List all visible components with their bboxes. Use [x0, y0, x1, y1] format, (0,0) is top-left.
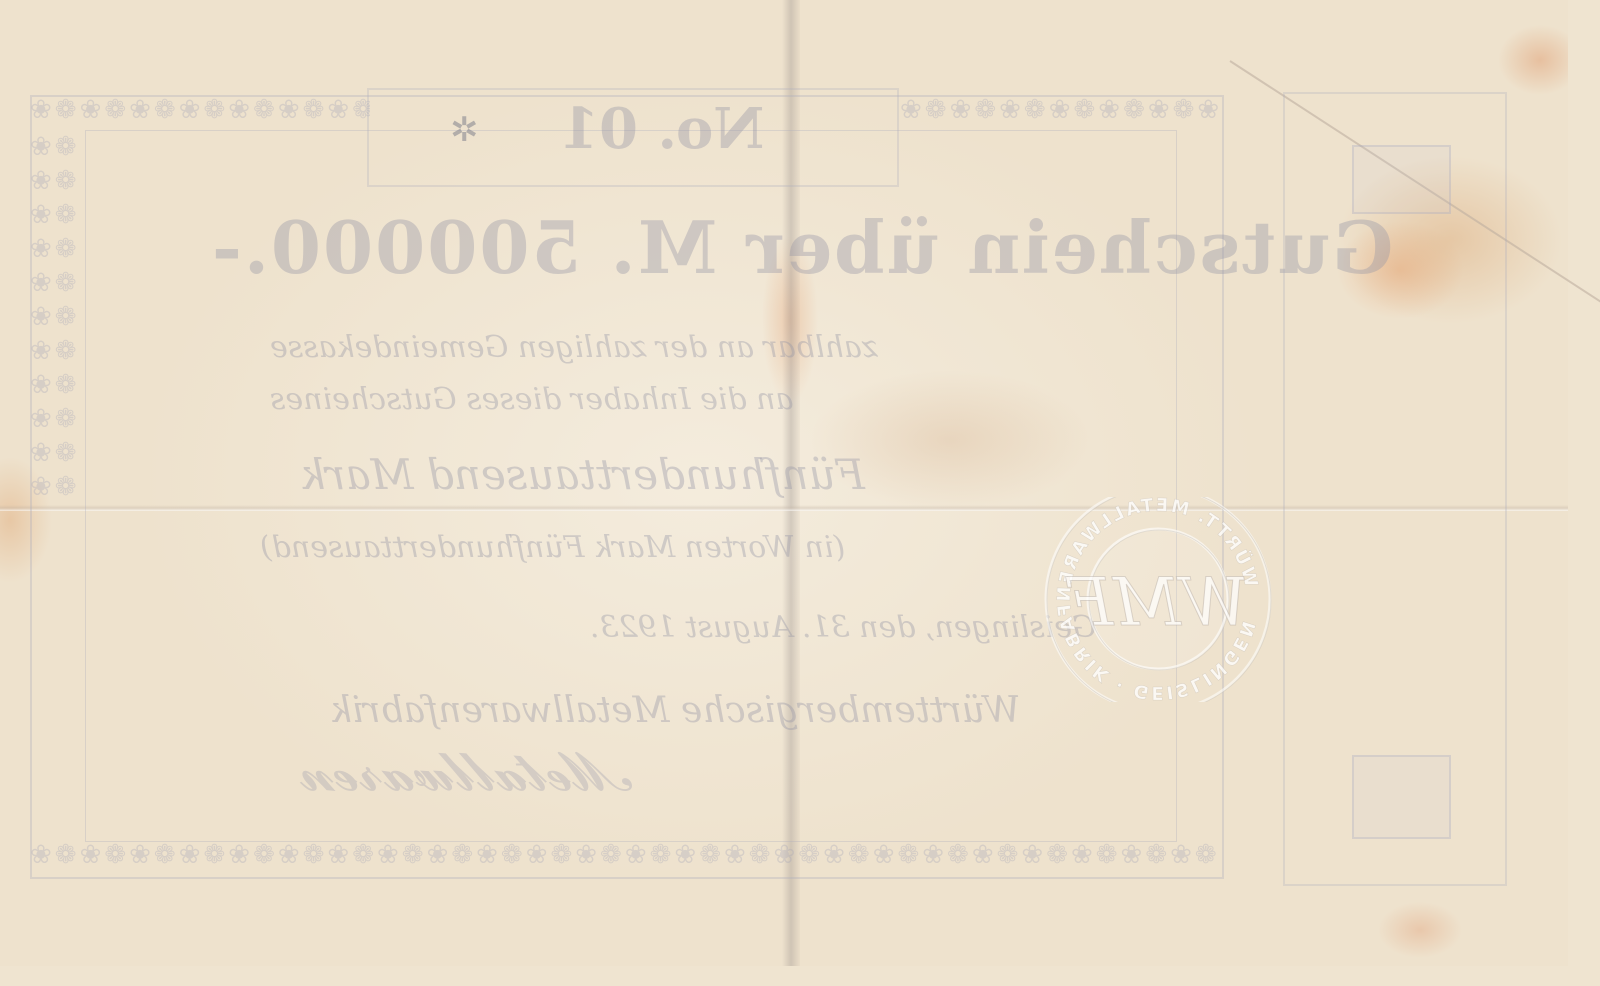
serial-label: No. — [657, 96, 764, 162]
text-line-2: an die Inhaber dieses Gutscheines — [270, 382, 793, 417]
border-ornament-left: ❀❁❀❁❀❁❀❁❀❁❀❁❀❁❀❁❀❁❀❁❀❁ — [30, 130, 80, 840]
side-panel-bottom-box — [1352, 755, 1451, 839]
border-ornament-bottom: ❀❁❀❁❀❁❀❁❀❁❀❁❀❁❀❁❀❁❀❁❀❁❀❁❀❁❀❁❀❁❀❁❀❁❀❁❀❁❀❁… — [30, 840, 1220, 870]
side-panel-top-box — [1352, 145, 1451, 214]
border-ornament-top-left: ❀❁❀❁❀❁❀❁❀❁❀❁❀❁ — [30, 95, 370, 125]
text-line-3: Fünfhunderttausend Mark — [300, 450, 865, 499]
serial-value: 01 — [560, 96, 638, 162]
text-line-6: Württembergische Metallwarenfabrik — [330, 690, 1020, 731]
seal-emboss-icon: WÜRTT. METALLWARENFABRIK · GEISLINGEN WM… — [1015, 497, 1300, 702]
signature: 𝓜𝓮𝓽𝓪𝓵𝓵𝔀𝓪𝓻𝓮𝓷 — [300, 740, 633, 804]
note-title: Gutschein über M. 500000.- — [210, 205, 1393, 290]
svg-text:WMF: WMF — [1065, 564, 1248, 641]
serial-number: No. 01 — [560, 96, 765, 162]
star-mark: ✲ — [450, 110, 479, 150]
border-ornament-top-right: ❀❁❀❁❀❁❀❁❀❁❀❁❀❁ — [900, 95, 1220, 125]
text-line-1: zahlbar an der zahligen Gemeindekasse — [270, 330, 878, 365]
embossed-seal: WÜRTT. METALLWARENFABRIK · GEISLINGEN WM… — [1015, 497, 1300, 702]
text-line-4: (in Worten Mark Fünfhunderttausend) — [260, 530, 845, 565]
